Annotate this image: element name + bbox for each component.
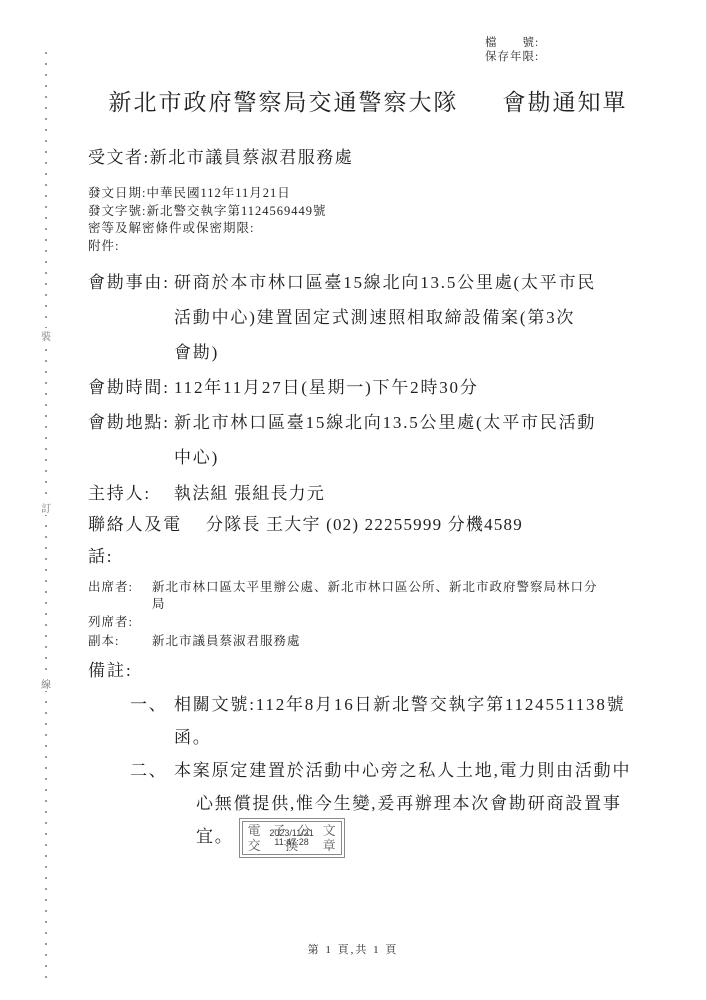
inspection-location-field: 會勘地點: 新北市林口區臺15線北向13.5公里處(太平市民活動中心) xyxy=(88,405,648,475)
inspection-subject-field: 會勘事由: 研商於本市林口區臺15線北向13.5公里處(太平市民活動中心)建置固… xyxy=(88,265,648,370)
page-footer: 第 1 頁,共 1 頁 xyxy=(0,941,706,957)
time-label: 會勘時間: xyxy=(88,370,174,405)
binding-dotted-line xyxy=(45,52,47,986)
notes-section-label: 備註: xyxy=(88,659,648,682)
time-value: 112年11月27日(星期一)下午2時30分 xyxy=(174,370,648,405)
host-field: 主持人: 執法組 張組長力元 xyxy=(88,479,648,509)
subject-value: 研商於本市林口區臺15線北向13.5公里處(太平市民活動中心)建置固定式測速照相… xyxy=(174,265,648,370)
inspection-time-field: 會勘時間: 112年11月27日(星期一)下午2時30分 xyxy=(88,370,648,405)
note-item-2: 二、 本案原定建置於活動中心旁之私人土地,電力則由活動中 心無償提供,惟今生變,… xyxy=(130,754,648,855)
contact-value: 分隊長 王大宇 (02) 22255999 分機4589 xyxy=(206,509,648,573)
binding-mark-ding: 訂 xyxy=(38,500,54,515)
location-label: 會勘地點: xyxy=(88,405,174,475)
note-2-marker: 二、 xyxy=(130,754,174,855)
cc-value: 新北市議員蔡淑君服務處 xyxy=(152,633,301,650)
cc-field: 副本: 新北市議員蔡淑君服務處 xyxy=(88,633,648,650)
stamp-time: 11:47:28 xyxy=(243,838,341,847)
note-2-line-3-text: 宜。 xyxy=(196,827,234,846)
note-2-line-2: 心無償提供,惟今生變,爰再辦理本次會勘研商設置事 xyxy=(174,787,648,820)
binding-mark-xian: 線 xyxy=(38,676,54,691)
cc-label: 副本: xyxy=(88,633,152,650)
document-title: 新北市政府警察局交通警察大隊會勘通知單 xyxy=(88,84,648,117)
issuing-org: 新北市政府警察局交通警察大隊 xyxy=(109,90,459,115)
recipient-line: 受文者:新北市議員蔡淑君服務處 xyxy=(88,147,648,169)
note-item-1: 一、 相關文號:112年8月16日新北警交執字第1124551138號函。 xyxy=(130,688,648,754)
attendees-value: 新北市林口區太平里辦公處、新北市林口區公所、新北市政府警察局林口分局 xyxy=(152,579,598,612)
file-number-label: 檔 號: xyxy=(485,36,539,50)
observers-field: 列席者: xyxy=(88,614,648,631)
note-2-body: 本案原定建置於活動中心旁之私人土地,電力則由活動中 心無償提供,惟今生變,爰再辦… xyxy=(174,754,648,855)
binding-mark-zhuang: 裝 xyxy=(38,328,54,343)
contact-label: 聯絡人及電話: xyxy=(88,509,206,573)
note-2-line-3: 宜。電子公文交換章2023/11/2111:47:28 xyxy=(174,820,648,855)
document-page: 裝 訂 線 檔 號: 保存年限: 新北市政府警察局交通警察大隊會勘通知單 受文者… xyxy=(0,0,707,1000)
note-2-line-1: 本案原定建置於活動中心旁之私人土地,電力則由活動中 xyxy=(174,754,648,787)
attendees-label: 出席者: xyxy=(88,579,152,612)
contact-field: 聯絡人及電話: 分隊長 王大宇 (02) 22255999 分機4589 xyxy=(88,509,648,573)
note-1-marker: 一、 xyxy=(130,688,174,754)
location-value: 新北市林口區臺15線北向13.5公里處(太平市民活動中心) xyxy=(174,405,648,475)
archive-labels: 檔 號: 保存年限: xyxy=(485,36,539,64)
host-label: 主持人: xyxy=(88,479,174,509)
stamp-timestamp: 2023/11/2111:47:28 xyxy=(243,829,341,847)
doc-type: 會勘通知單 xyxy=(503,90,628,115)
observers-label: 列席者: xyxy=(88,614,152,631)
retention-period-label: 保存年限: xyxy=(485,50,539,64)
note-1-body: 相關文號:112年8月16日新北警交執字第1124551138號函。 xyxy=(174,688,648,754)
attendees-field: 出席者: 新北市林口區太平里辦公處、新北市林口區公所、新北市政府警察局林口分局 xyxy=(88,579,648,612)
host-value: 執法組 張組長力元 xyxy=(174,479,648,509)
subject-label: 會勘事由: xyxy=(88,265,174,370)
document-content: 新北市政府警察局交通警察大隊會勘通知單 受文者:新北市議員蔡淑君服務處 發文日期… xyxy=(0,84,706,855)
electronic-exchange-stamp: 電子公文交換章2023/11/2111:47:28 xyxy=(242,821,342,855)
dispatch-meta-block: 發文日期:中華民國112年11月21日發文字號:新北警交執字第112456944… xyxy=(88,185,648,255)
